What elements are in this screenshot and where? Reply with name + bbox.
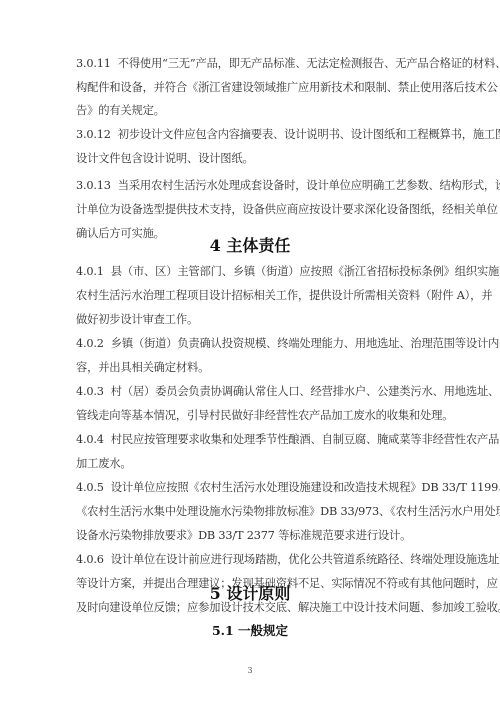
clause-number: 4.0.6 (76, 553, 104, 566)
paragraph-4-0-3-line-1: 4.0.3村（居）委员会负责协调确认常住人口、经营排水户、公建类污水、用地选址、 (76, 385, 428, 399)
paragraph-4-0-1-line-1: 4.0.1县（市、区）主管部门、乡镇（街道）应按照《浙江省招标投标条例》组织实施 (76, 265, 428, 279)
clause-number: 4.0.4 (76, 433, 104, 446)
chapter-5-heading: 5 设计原则 (0, 584, 500, 604)
paragraph-3-0-12-line-1: 3.0.12初步设计文件应包含内容摘要表、设计说明书、设计图纸和工程概算书，施工… (76, 128, 428, 142)
paragraph-4-0-1-line-2: 农村生活污水治理工程项目设计招标相关工作，提供设计所需相关资料（附件 A），并 (76, 289, 428, 303)
paragraph-3-0-13-line-1: 3.0.13当采用农村生活污水处理成套设备时，设计单位应明确工艺参数、结构形式，… (76, 179, 428, 193)
paragraph-4-0-3-line-2: 管线走向等基本情况，引导村民做好非经营性农产品加工废水的收集和处理。 (76, 409, 428, 423)
paragraph-3-0-11-line-1: 3.0.11不得使用“三无”产品，即无产品标准、无法定检测报告、无产品合格证的材… (76, 57, 428, 71)
paragraph-4-0-2-line-1: 4.0.2乡镇（街道）负责确认投资规模、终端处理能力、用地选址、治理范围等设计内 (76, 337, 428, 351)
page-number: 3 (0, 666, 500, 675)
paragraph-3-0-13-line-2: 计单位为设备选型提供技术支持，设备供应商应按设计要求深化设备图纸，经相关单位 (76, 203, 428, 217)
clause-number: 3.0.12 (76, 128, 111, 141)
paragraph-3-0-11-line-2: 构配件和设备，并符合《浙江省建设领域推广应用新技术和限制、禁止使用落后技术公 (76, 81, 428, 95)
paragraph-4-0-5-line-1: 4.0.5设计单位应按照《农村生活污水处理设施建设和改造技术规程》DB 33/T… (76, 481, 428, 495)
paragraph-4-0-5-line-2: 《农村生活污水集中处理设施水污染物排放标准》DB 33/973、《农村生活污水户… (76, 505, 428, 519)
paragraph-4-0-6-line-1: 4.0.6设计单位在设计前应进行现场踏勘，优化公共管道系统路径、终端处理设施选址 (76, 553, 428, 567)
document-page: 3.0.11不得使用“三无”产品，即无产品标准、无法定检测报告、无产品合格证的材… (0, 0, 500, 708)
clause-number: 3.0.11 (76, 57, 111, 70)
chapter-4-heading: 4 主体责任 (0, 236, 500, 256)
clause-number: 4.0.3 (76, 385, 104, 398)
paragraph-3-0-12-line-2: 设计文件包含设计说明、设计图纸。 (76, 152, 428, 166)
paragraph-4-0-1-line-3: 做好初步设计审查工作。 (76, 313, 428, 327)
clause-number: 4.0.2 (76, 337, 104, 350)
paragraph-4-0-4-line-1: 4.0.4村民应按管理要求收集和处理季节性酿酒、自制豆腐、腌咸菜等非经营性农产品 (76, 433, 428, 447)
clause-number: 3.0.13 (76, 179, 111, 192)
clause-number: 4.0.5 (76, 481, 104, 494)
paragraph-4-0-2-line-2: 容，并出具相关确定材料。 (76, 361, 428, 375)
clause-number: 4.0.1 (76, 265, 104, 278)
paragraph-4-0-4-line-2: 加工废水。 (76, 457, 428, 471)
paragraph-4-0-5-line-3: 设备水污染物排放要求》DB 33/T 2377 等标准规范要求进行设计。 (76, 529, 428, 543)
paragraph-3-0-11-line-3: 告》的有关规定。 (76, 104, 428, 118)
section-5-1-heading: 5.1 一般规定 (0, 623, 500, 639)
